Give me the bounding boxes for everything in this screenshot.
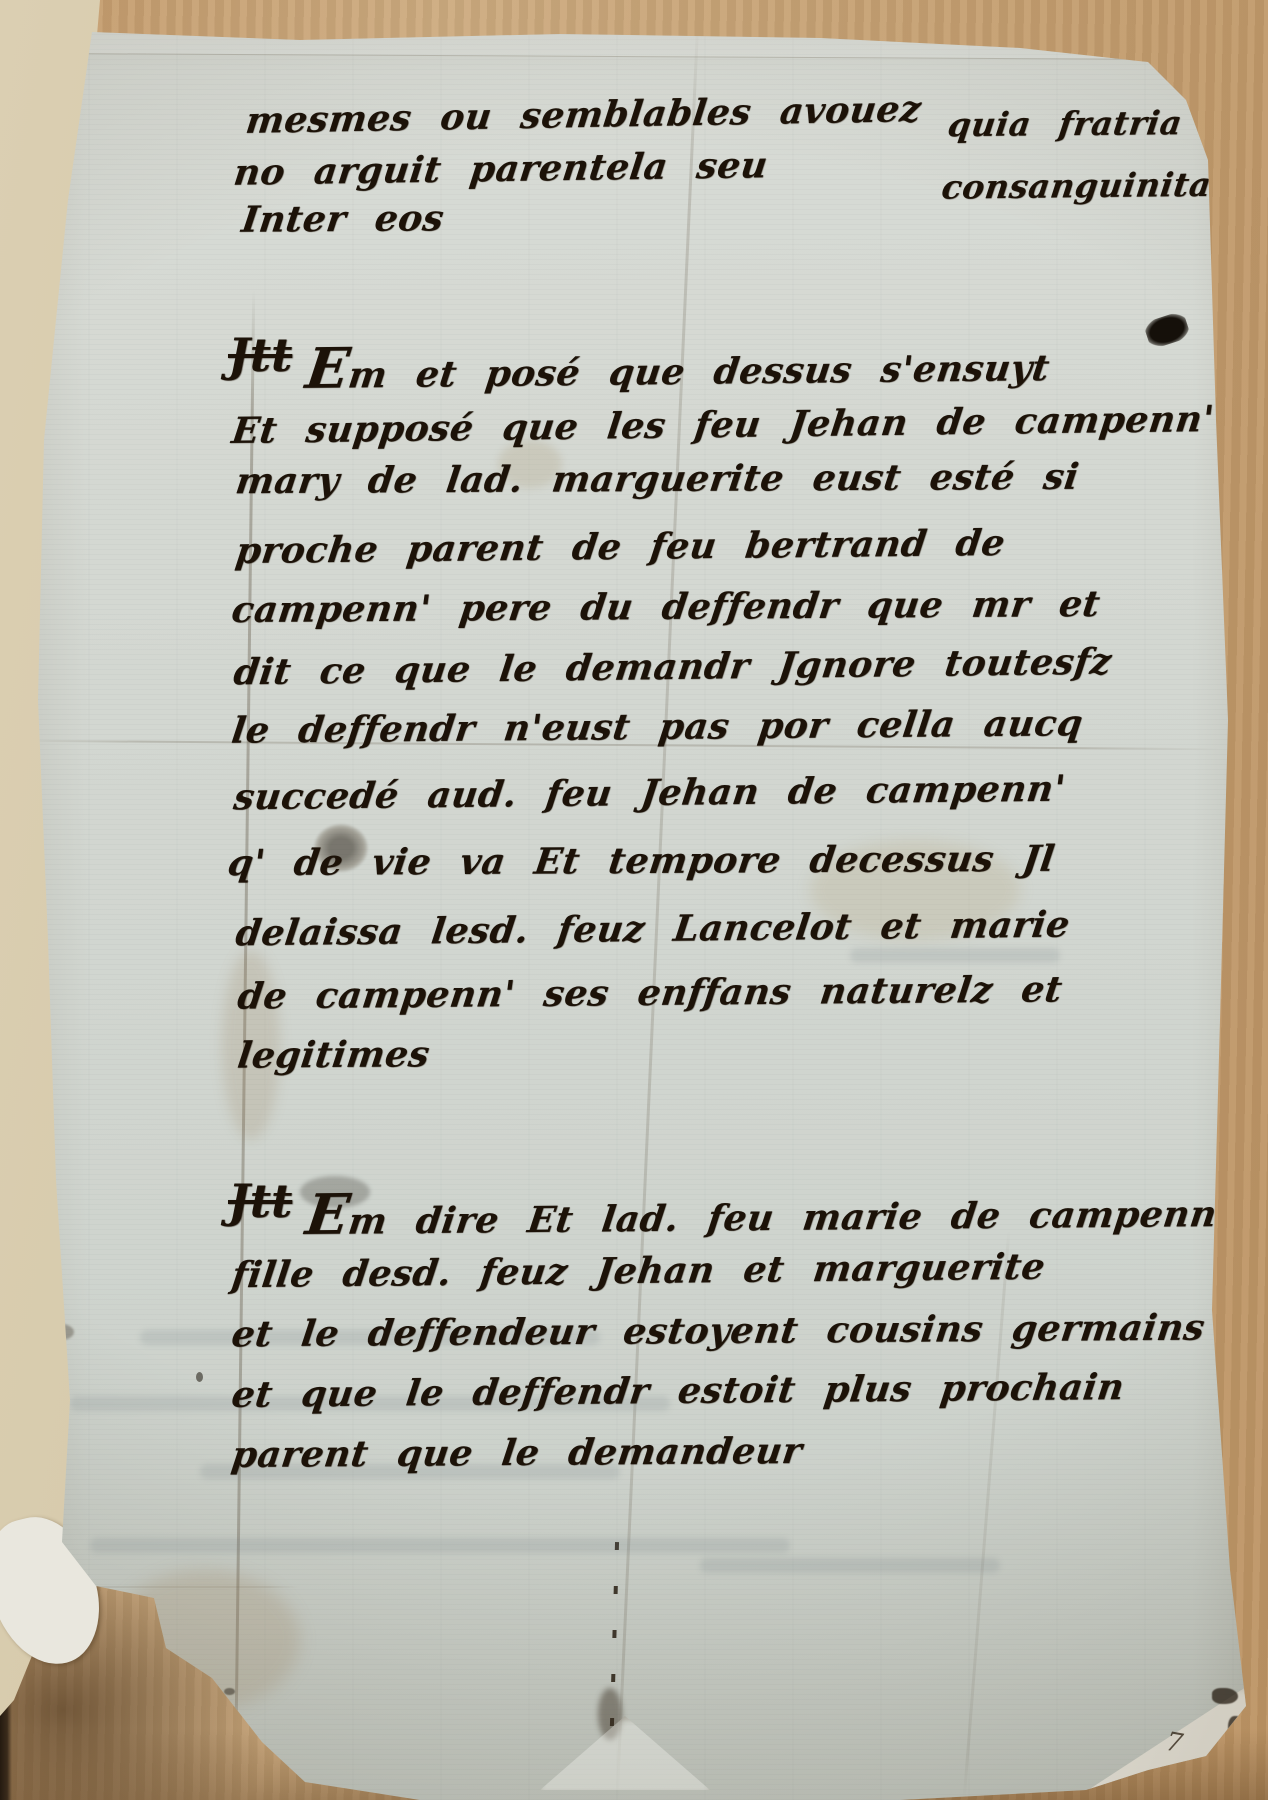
text-line: parent que le demandeur bbox=[229, 1430, 805, 1476]
paper-shading bbox=[0, 0, 1268, 1800]
text-line: delaissa lesd. feuz Lancelot et marie bbox=[233, 904, 1072, 955]
paragraph-mark: Jtt bbox=[228, 328, 292, 382]
manuscript-page: mesmes ou semblables avouez quia fratria… bbox=[0, 0, 1268, 1800]
text-line: mary de lad. marguerite eust esté si bbox=[233, 456, 1081, 502]
text-line: succedé aud. feu Jehan de campenn' bbox=[231, 768, 1068, 819]
text-line: campenn' pere du deffendr que mr et bbox=[229, 583, 1102, 631]
ink-speck-1 bbox=[196, 1372, 203, 1382]
text-line: le deffendr n'eust pas por cella aucq bbox=[229, 702, 1085, 751]
manuscript-photo: mesmes ou semblables avouez quia fratria… bbox=[0, 0, 1268, 1800]
corner-debris bbox=[1212, 1688, 1238, 1704]
ink-speck-3 bbox=[224, 1688, 235, 1695]
text-line: Em dire Et lad. feu marie de campenn' bbox=[303, 1186, 1232, 1243]
bleedthrough-line bbox=[700, 1558, 1000, 1573]
text-line: Inter eos bbox=[239, 197, 446, 240]
text-line: legitimes bbox=[235, 1033, 432, 1076]
text-line: no arguit parentela seu bbox=[231, 144, 770, 194]
text-line: Em et posé que dessus s'ensuyt bbox=[303, 340, 1053, 397]
bleedthrough-line bbox=[90, 1538, 790, 1553]
text-line: et le deffendeur estoyent cousins germai… bbox=[229, 1307, 1207, 1356]
text-line: de campenn' ses enffans naturelz et bbox=[235, 968, 1065, 1017]
text-line: et que le deffendr estoit plus prochain bbox=[229, 1366, 1127, 1416]
bleedthrough-line bbox=[850, 948, 1060, 963]
text-line: fille desd. feuz Jehan et marguerite bbox=[229, 1246, 1048, 1297]
text-line: q' de vie va Et tempore decessus Jl bbox=[225, 838, 1057, 884]
text-line: proche parent de feu bertrand de bbox=[233, 522, 1007, 572]
side-note: quia fratria · bbox=[945, 103, 1224, 144]
paragraph-mark: Jtt bbox=[228, 1174, 292, 1228]
